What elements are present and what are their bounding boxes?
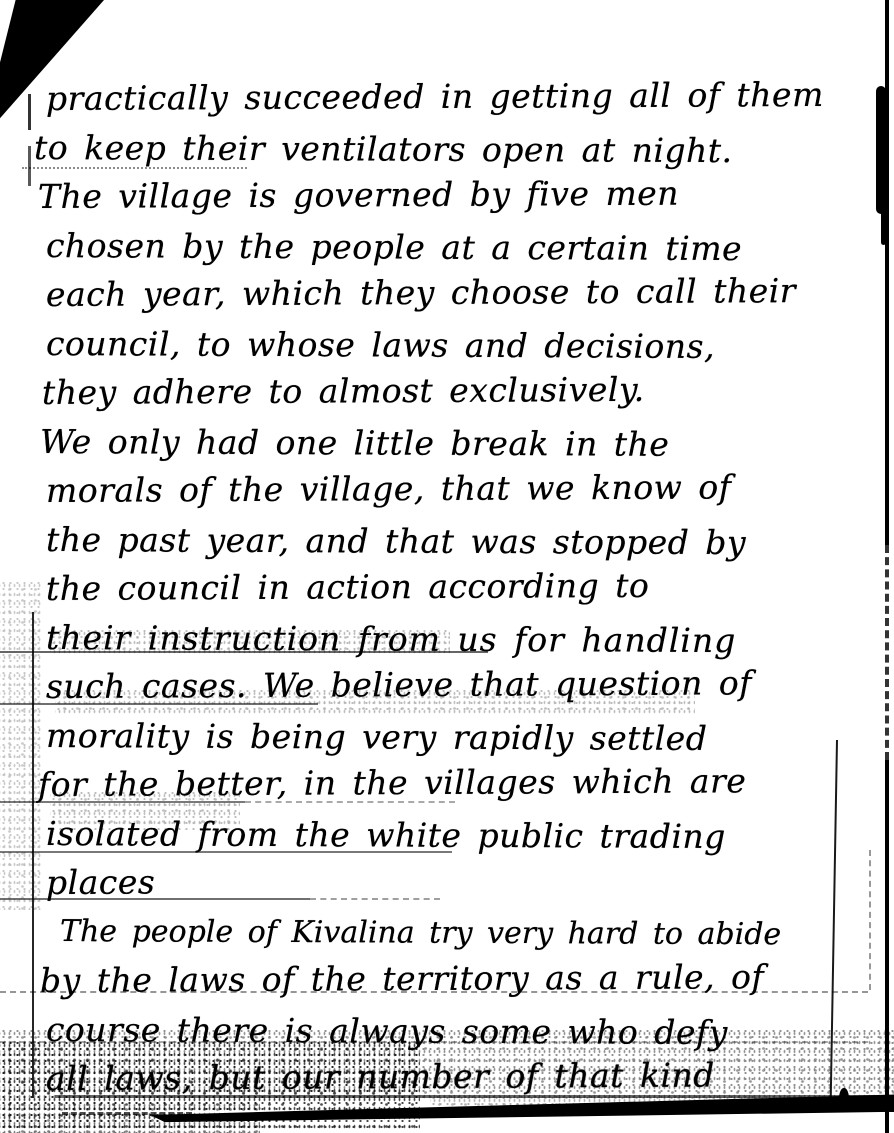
noise-patch: [55, 688, 695, 714]
ruled-line: [0, 991, 868, 993]
page-edge-blob: [881, 200, 886, 245]
bottom-scan-dashes: [62, 1112, 192, 1115]
margin-tick: [28, 94, 31, 130]
noise-patch: [0, 580, 42, 910]
handwritten-line: each year, which they choose to call the…: [46, 266, 894, 319]
ruled-line: [0, 898, 310, 900]
scanned-page: practically succeeded in getting all of …: [0, 0, 894, 1133]
page-fold-dashes: [869, 850, 871, 990]
handwritten-line: the council in action according to: [46, 560, 894, 613]
page-edge-blob: [876, 86, 886, 214]
handwritten-line: The village is governed by five men: [38, 168, 894, 221]
ruled-line: [310, 898, 440, 900]
noise-patch: [50, 628, 450, 654]
handwriting-text: practically succeeded in getting all of …: [0, 0, 894, 1133]
noise-patch: [50, 790, 240, 830]
page-edge-line: [885, 0, 889, 545]
ruled-line: [22, 167, 247, 169]
page-edge-line: [885, 545, 889, 760]
handwritten-line: practically succeeded in getting all of …: [46, 70, 894, 123]
margin-rule-line: [32, 612, 34, 1098]
handwritten-line: by the laws of the territory as a rule, …: [40, 952, 894, 1005]
ruled-line: [0, 851, 452, 853]
margin-tick: [28, 146, 31, 186]
ruled-line: [245, 801, 455, 803]
handwritten-line: morals of the village, that we know of: [46, 462, 894, 515]
handwritten-line: they adhere to almost exclusively.: [42, 364, 894, 417]
page-edge-line: [885, 760, 889, 1133]
